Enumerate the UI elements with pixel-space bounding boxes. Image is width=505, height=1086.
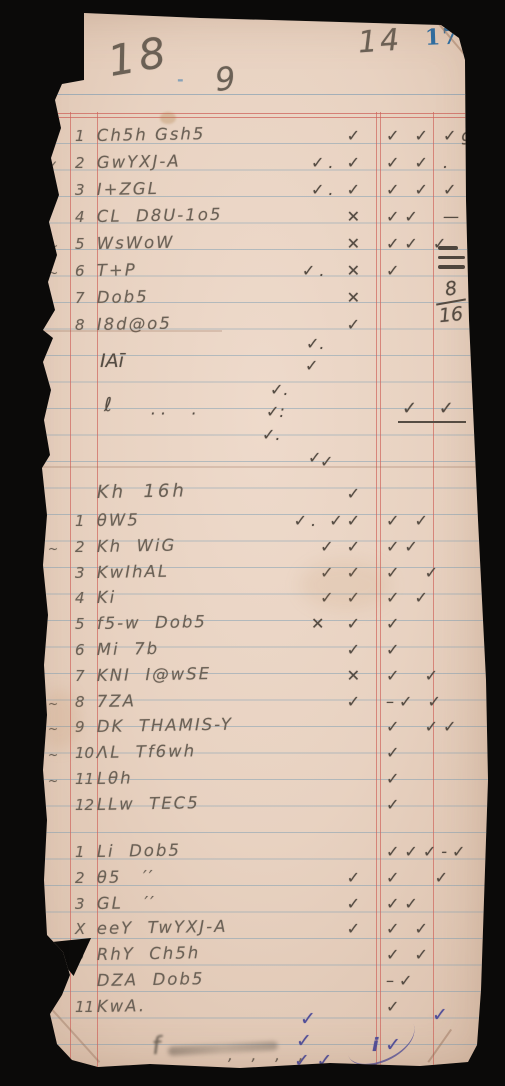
right-check-marks: ✓✓ <box>378 894 470 913</box>
ledger-row: 1Ch5h Gsh5✓✓ ✓ ✓g <box>40 118 470 145</box>
floating-mark: ✓. <box>262 425 281 444</box>
row-number: 3 <box>66 564 97 582</box>
row-number: 8 <box>66 693 97 711</box>
right-check-marks: ✓ ✓✓ <box>378 717 470 736</box>
fraction-8-16: 8 16 <box>434 278 468 326</box>
ledger-row: 3KwIhAL✓ ✓✓ ✓ <box>40 555 470 582</box>
right-check-marks: ✓ <box>378 640 470 659</box>
mid-check-marks: ✓ ✓ <box>260 537 378 556</box>
row-number: 7 <box>66 667 97 685</box>
entry-name: θ5 ′′ <box>97 865 260 887</box>
pencil-header-small-number: 9 <box>213 59 237 99</box>
pencil-header-right-number: 14 <box>357 23 404 61</box>
floating-mark: ℓ <box>104 394 112 416</box>
entry-name: Dob5 <box>97 285 260 307</box>
entry-name: Ki <box>97 586 260 608</box>
row-number: 7 <box>66 289 97 307</box>
mid-check-marks: ✕ <box>260 234 378 253</box>
mid-check-marks: ✓ <box>260 868 378 887</box>
ledger-row: 6Mi 7b✓✓ <box>40 632 470 659</box>
mid-check-marks: ✓ ✓ <box>260 588 378 607</box>
entry-name: KwA. <box>97 994 260 1016</box>
ledger-row: 8I8d@o5✓ <box>40 307 470 334</box>
right-check-marks: ✓ ✓ <box>378 511 470 530</box>
row-number: 6 <box>66 641 97 659</box>
ledger-row: 7KNI I@wSE✕✓ ✓ <box>40 658 470 685</box>
mid-check-marks: ✓. ✓ <box>260 180 378 199</box>
ledger-row: ~10ΛL Tf6wh✓ <box>40 735 470 762</box>
row-number: 11 <box>66 770 97 788</box>
purple-check-mark: ✓ <box>432 1004 448 1026</box>
ledger-row: 5f5-w Dob5✕ ✓✓ <box>40 606 470 633</box>
right-check-marks: ✓ ✓ <box>378 666 470 685</box>
right-check-marks: ✓ <box>378 743 470 762</box>
row-number: 2 <box>66 869 97 887</box>
ledger-row: XeeY TwYXJ-A✓✓ ✓ <box>40 911 470 938</box>
right-check-marks: –✓ <box>378 971 470 990</box>
right-check-marks: ✓✓✓-✓ <box>378 842 470 861</box>
row-number: 3 <box>66 181 97 199</box>
row-number: 4 <box>66 589 97 607</box>
tally-bars <box>438 246 465 275</box>
floating-mark: ✓. <box>270 380 289 399</box>
margin-mark: ~ <box>40 239 66 253</box>
entry-name: Li Dob5 <box>97 839 260 861</box>
ledger-row: ✓2GwYXJ-A✓. ✓✓ ✓ . <box>40 145 470 172</box>
entry-name: Lθh <box>97 766 260 788</box>
right-check-marks: ✓ ✓ ✓ <box>378 180 470 199</box>
mid-check-marks: ✓ <box>260 692 378 711</box>
ledger-row: ~9DK THAMIS-Y✓ ✓✓ <box>40 709 470 736</box>
entry-name: Ch5h Gsh5 <box>97 123 260 145</box>
entry-name: 7ZA <box>97 689 260 711</box>
row-number: 1 <box>66 512 97 530</box>
entry-name: LLw TEC5 <box>97 792 260 814</box>
right-check-marks: ✓ ✓ <box>378 563 470 582</box>
floating-mark: ✓ ✓ <box>398 398 466 423</box>
tally-bar <box>438 256 465 260</box>
row-number: 5 <box>66 235 97 253</box>
ledger-page: 177 18 - 9 14 1Ch5h Gsh5✓✓ ✓ ✓g✓2GwYXJ-A… <box>0 0 505 1086</box>
right-check-marks: ✓ ✓ <box>378 588 470 607</box>
right-check-marks: ✓ <box>378 795 470 814</box>
entry-name: KwIhAL <box>97 560 260 582</box>
section-header-mark: ✓ <box>260 484 378 503</box>
entry-name: GL ′′ <box>97 891 260 913</box>
entry-name: f5-w Dob5 <box>97 611 260 633</box>
floating-mark: · · · <box>150 404 196 423</box>
row-number: 3 <box>66 895 97 913</box>
entry-name: I8d@o5 <box>97 312 260 334</box>
mid-check-marks: ✓ <box>260 315 378 334</box>
mid-check-marks: ✓ <box>260 640 378 659</box>
ledger-row: 3I+ZGL✓. ✓✓ ✓ ✓ <box>40 172 470 199</box>
entry-name: Mi 7b <box>97 637 260 659</box>
header-red-rule <box>0 113 505 114</box>
fraction-denominator: 16 <box>433 302 469 327</box>
header-blue-rule <box>0 94 505 95</box>
purple-check-mark: ✓ ✓ <box>294 1050 332 1072</box>
row-number: 12 <box>66 796 97 814</box>
right-check-marks: ✓ <box>378 769 470 788</box>
ledger-row: ~5WsWoW✕✓✓ ✓ <box>40 226 470 253</box>
ledger-row: DZA Dob5–✓ <box>40 963 470 990</box>
mid-check-marks: ✓ ✓ <box>260 563 378 582</box>
row-number: 1 <box>66 127 97 145</box>
entry-name: ΛL Tf6wh <box>97 740 260 762</box>
floating-mark: ✓. <box>306 334 325 353</box>
row-number: 10 <box>66 744 97 762</box>
row-number: 11 <box>66 998 97 1016</box>
ledger-row: ~2Kh WiG✓ ✓✓✓ <box>40 529 470 556</box>
mid-check-marks: ✓. ✕ <box>260 261 378 280</box>
right-check-marks: ✓✓ <box>378 537 470 556</box>
ledger-row: ~87ZA✓–✓ ✓ <box>40 684 470 711</box>
ledger-row: ~6T+P✓. ✕✓ <box>40 253 470 280</box>
mid-check-marks: ✕ ✓ <box>260 614 378 633</box>
ledger-row: 2θ5 ′′✓✓ ✓ <box>40 860 470 887</box>
pencil-header-dash: - <box>177 70 184 89</box>
entry-name: DZA Dob5 <box>97 968 260 990</box>
ledger-row: ~11Lθh✓ <box>40 761 470 788</box>
pencil-header-number: 18 <box>104 27 173 86</box>
entry-name: CL D8U-1o5 <box>97 204 260 226</box>
entry-name: I+ZGL <box>97 177 260 199</box>
mid-check-marks: ✓. ✓ <box>260 153 378 172</box>
tally-bar <box>438 265 465 269</box>
entry-name: RhY Ch5h <box>97 942 260 964</box>
purple-check-mark: ✓ <box>296 1030 312 1052</box>
ledger-row: 4Ki✓ ✓✓ ✓ <box>40 580 470 607</box>
right-check-marks: ✓ ✓ ✓g <box>378 126 470 145</box>
floating-mark: ✓ <box>305 356 318 375</box>
ledger-row: 3GL ′′✓✓✓ <box>40 886 470 913</box>
ledger-row: 7Dob5✕ <box>40 280 470 307</box>
row-number: 9 <box>66 718 97 736</box>
entry-name: T+P <box>97 258 260 280</box>
entry-name: Kh WiG <box>97 534 260 556</box>
mid-check-marks: ✓ <box>260 919 378 938</box>
row-number: 4 <box>66 208 97 226</box>
tally-bar <box>438 246 458 250</box>
entry-name: eeY TwYXJ-A <box>97 917 260 939</box>
ledger-row: 5RhY Ch5h✓ ✓ <box>40 937 470 964</box>
section-header-row: Kh 16h✓ <box>40 476 470 503</box>
mid-check-marks: ✕ <box>260 288 378 307</box>
ledger-row: 4CL D8U-1o5✕✓✓ — <box>40 199 470 226</box>
mid-check-marks: ✕ <box>260 666 378 685</box>
right-check-marks: –✓ ✓ <box>378 692 470 711</box>
ledger-row: 1θW5✓. ✓✓✓ ✓ <box>40 503 470 530</box>
margin-mark: ✓ <box>40 158 66 172</box>
row-number: 5 <box>66 615 97 633</box>
row-number: 6 <box>66 262 97 280</box>
right-check-marks: ✓✓ — <box>378 207 470 226</box>
floating-mark: IAī <box>100 350 124 372</box>
entry-name: KNI I@wSE <box>97 663 260 685</box>
right-check-marks: ✓ ✓ <box>378 919 470 938</box>
right-check-marks: ✓ ✓ <box>378 868 470 887</box>
mid-check-marks: ✓. ✓✓ <box>260 511 378 530</box>
mid-check-marks: ✓ <box>260 126 378 145</box>
section-title: Kh 16h <box>97 479 260 503</box>
margin-mark: ~ <box>40 266 66 280</box>
right-check-marks: ✓ ✓ <box>378 945 470 964</box>
entry-name: DK THAMIS-Y <box>97 715 260 737</box>
right-check-marks: ✓ ✓ . <box>378 153 470 172</box>
right-check-marks: ✓ <box>378 614 470 633</box>
row-number: 8 <box>66 316 97 334</box>
entry-name: WsWoW <box>97 231 260 253</box>
ledger-row: 12LLw TEC5✓ <box>40 787 470 814</box>
photo-background: 177 18 - 9 14 1Ch5h Gsh5✓✓ ✓ ✓g✓2GwYXJ-A… <box>0 0 505 1086</box>
row-number: 1 <box>66 843 97 861</box>
floating-mark: ✓ <box>320 452 333 471</box>
mid-check-marks: ✕ <box>260 207 378 226</box>
purple-check-mark: ✓ <box>300 1008 316 1030</box>
entry-name: GwYXJ-A <box>97 150 260 172</box>
floating-mark: ✓: <box>266 402 285 421</box>
row-number: X <box>66 920 97 938</box>
row-number: 2 <box>66 154 97 172</box>
purple-check-mark: i ✓ <box>372 1034 401 1056</box>
ledger-row: 1Li Dob5✓✓✓-✓ <box>40 834 470 861</box>
row-number: 2 <box>66 538 97 556</box>
entry-name: θW5 <box>97 508 260 530</box>
mid-check-marks: ✓ <box>260 894 378 913</box>
